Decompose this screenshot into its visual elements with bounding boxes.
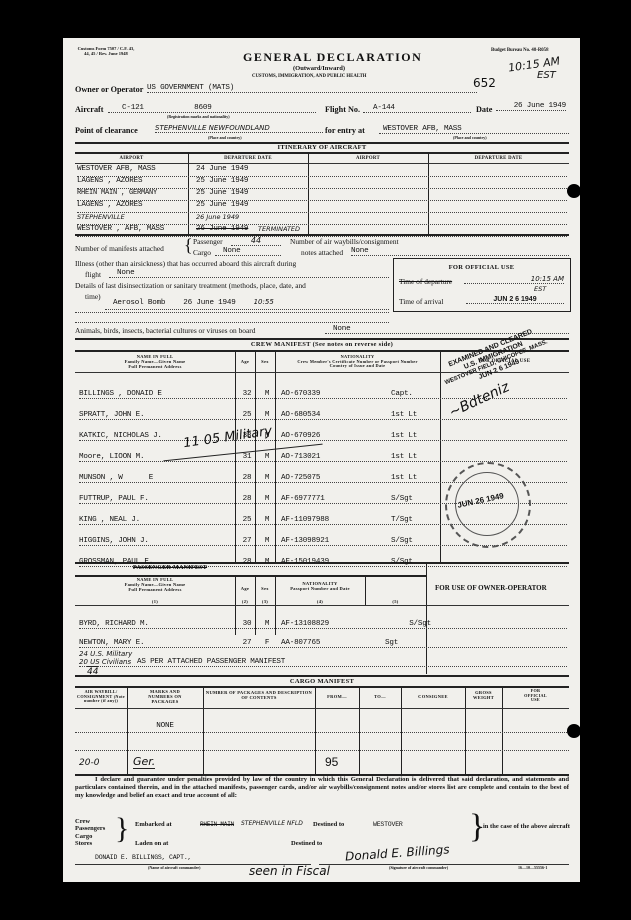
punch-hole	[567, 184, 581, 198]
passenger-header-nationality: NATIONALITY Passport Number and Date	[275, 582, 365, 592]
commander-signature: Donald E. Billings	[345, 842, 450, 863]
itinerary-date: 25 June 1949	[188, 201, 316, 212]
general-declaration-document: Customs Form 7507 / C.F. 43, 44, 45 / Re…	[63, 38, 580, 882]
cargo-table: AIR WAYBILL/ CONSIGNMENT (Note number (i…	[75, 686, 569, 776]
entry-caption: (Place and country)	[453, 136, 487, 140]
crew-rank: 1st Lt	[391, 432, 441, 440]
arrival-label: Time of arrival	[399, 297, 443, 306]
passenger-label: Passenger	[193, 237, 223, 246]
owner-operator-label: FOR USE OF OWNER-OPERATOR	[435, 584, 547, 592]
budget-bureau-number: Budget Bureau No. 48-R058	[491, 48, 548, 53]
signature-caption: (Signature of aircraft commander)	[389, 866, 448, 870]
crew-header-nationality: NATIONALITY Crew Member's Certificate Nu…	[275, 355, 440, 369]
crew-name: KING , NEAL J.	[79, 516, 237, 524]
clearance-caption: (Place and country)	[208, 136, 242, 140]
disinsect-time: 10:55	[254, 298, 274, 306]
itinerary-airport: WESTOVER , AFB, MASS	[77, 225, 188, 236]
cargo-from-value: 95	[325, 755, 338, 769]
crew-name: MUNSON , W E	[79, 474, 237, 482]
blank-line	[75, 322, 389, 323]
clearance-label: Point of clearance	[75, 126, 138, 135]
itinerary-date: 24 June 1949	[188, 165, 316, 176]
passenger-row: 24 U.S. Military 20 US Civilians AS PER …	[79, 648, 567, 667]
crew-name: SPRATT, JOHN E.	[79, 411, 237, 419]
flight-field[interactable]: A-144	[363, 104, 471, 113]
passenger-section: PASSENGER MANIFEST NAME IN FULL Family N…	[75, 562, 569, 678]
disinsect-label: Details of last disinsectization or sani…	[75, 281, 306, 290]
document-subtitle: (Outward/Inward)	[293, 65, 345, 72]
itinerary-header-date-2: DEPARTURE DATE	[428, 156, 569, 161]
illness-flight-label: flight	[85, 270, 101, 279]
cargo-header-consignee: CONSIGNEE	[401, 694, 465, 699]
departure-tz: EST	[534, 285, 546, 293]
itinerary-date: 25 June 1949	[188, 177, 316, 188]
itinerary-row: WESTOVER , AFB, MASS 26 June 1949 TERMIN…	[77, 225, 567, 237]
crew-age: 28	[237, 474, 257, 482]
handwritten-waybill: 20-0	[79, 758, 99, 768]
divider	[75, 675, 569, 677]
passenger-name: NEWTON, MARY E.	[79, 639, 237, 647]
cargo-title: CARGO MANIFEST	[75, 678, 569, 685]
crew-cert: AF-6977771	[277, 495, 391, 503]
handwritten-timezone: EST	[537, 70, 556, 81]
waybills-label: Number of air waybills/consignment	[290, 237, 399, 246]
crew-cert: AF-13098921	[277, 537, 391, 545]
crew-cert: AO-725075	[277, 474, 391, 482]
crew-table: NAME IN FULL Family Name—Given Name Full…	[75, 350, 569, 564]
operator-field[interactable]: US GOVERNMENT (MATS)	[147, 84, 477, 93]
destined-value[interactable]: WESTOVER	[373, 821, 403, 828]
cargo-header-from: FROM—	[315, 694, 359, 699]
itinerary-date: 25 June 1949	[188, 189, 316, 200]
cargo-header-marks: MARKS AND NUMBERS ON PACKAGES	[127, 690, 203, 705]
departure-label: Time of departure	[399, 277, 452, 286]
passenger-row: NEWTON, MARY E. 27 F AA-807765 Sgt	[79, 629, 567, 648]
aircraft-label: Aircraft	[75, 105, 104, 114]
passenger-title: PASSENGER MANIFEST	[75, 565, 265, 571]
cargo-header-to: TO—	[359, 694, 401, 699]
passenger-age: 27	[237, 639, 257, 647]
itinerary-airport: RHEIN MAIN , GERMANY	[77, 189, 188, 200]
passenger-rank: S/Sgt	[381, 620, 431, 628]
brace: }	[115, 814, 129, 844]
agencies: CUSTOMS, IMMIGRATION, AND PUBLIC HEALTH	[252, 74, 367, 79]
col-number: (1)	[75, 599, 235, 604]
crew-cert: AO-670926	[277, 432, 391, 440]
itinerary-date: 26 June 1949	[188, 213, 316, 224]
passenger-count[interactable]: 44	[231, 236, 281, 246]
illness-label: Illness (other than airsickness) that ha…	[75, 259, 296, 268]
departure-field[interactable]: 10:15 AM	[464, 275, 564, 284]
handwritten-civilian-count: 20 US Civilians	[79, 658, 137, 666]
category-cargo: Cargo	[75, 833, 105, 840]
passenger-header-sex: Sex	[255, 586, 275, 591]
manifests-label: Number of manifests attached	[75, 244, 164, 253]
itinerary-header-airport-2: AIRPORT	[308, 156, 428, 161]
case-note: in the case of the above aircraft	[483, 823, 573, 831]
cargo-header-packages: NUMBER OF PACKAGES AND DESCRIPTION OF CO…	[203, 691, 315, 701]
passenger-rank: Sgt	[381, 639, 425, 647]
date-label: Date	[476, 105, 492, 114]
document-title: GENERAL DECLARATION	[243, 50, 422, 65]
crew-sex: M	[257, 474, 277, 482]
flight-label: Flight No.	[325, 105, 360, 114]
divider	[75, 338, 569, 340]
cargo-marks-value: NONE	[127, 722, 203, 730]
itinerary-airport: LAGENS , AZORES	[77, 177, 188, 188]
entry-field[interactable]: WESTOVER AFB, MASS	[379, 125, 569, 134]
arrival-field[interactable]: JUN 2 6 1949	[466, 296, 564, 304]
passenger-passport: AA-807765	[277, 639, 381, 647]
destined-label: Destined to	[313, 821, 344, 828]
disinsect-field[interactable]: Aerosol Bomb 26 June 1949 10:55	[105, 291, 389, 310]
declaration-text: I declare and guarantee under penalties …	[75, 776, 569, 800]
crew-rank: 1st Lt	[391, 474, 441, 482]
crew-header-name: NAME IN FULL Family Name—Given Name Full…	[75, 355, 235, 370]
category-passengers: Passengers	[75, 825, 105, 832]
gpo-number: 16—10—55556-1	[518, 866, 547, 870]
crew-name: BILLINGS , DONAID E	[79, 390, 237, 398]
col-number: (2)	[235, 599, 255, 604]
passenger-sex: M	[257, 620, 277, 628]
handwritten-passenger-breakdown: 24 U.S. Military 20 US Civilians	[79, 650, 137, 666]
aircraft-type: C-121	[122, 104, 144, 112]
official-use-title: FOR OFFICIAL USE	[394, 264, 569, 271]
passenger-header-age: Age	[235, 586, 255, 591]
crew-rank: 1st Lt	[391, 453, 441, 461]
crew-rank: S/Sgt	[391, 495, 441, 503]
itinerary-rows: WESTOVER AFB, MASS 24 June 1949 LAGENS ,…	[77, 165, 567, 237]
col-number: (4)	[275, 599, 365, 604]
crew-name: HIGGINS, JOHN J.	[79, 537, 237, 545]
round-date-stamp: JUN 26 1949	[445, 462, 531, 548]
handwritten-military-count: 24 U.S. Military	[79, 650, 137, 658]
itinerary-date: 26 June 1949	[188, 225, 258, 236]
passenger-rows: BYRD, RICHARD M. 30 M AF-13108829 S/Sgt …	[79, 610, 567, 667]
itinerary-airport: STEPHENVILLE	[77, 213, 188, 224]
blank-line	[75, 312, 389, 313]
destined2-label: Destined to	[291, 840, 322, 847]
commander-caption: (Name of aircraft commander)	[148, 866, 200, 870]
itinerary-header-date: DEPARTURE DATE	[188, 156, 308, 161]
date-field[interactable]: 26 June 1949	[496, 102, 566, 111]
itinerary-table: AIRPORT DEPARTURE DATE AIRPORT DEPARTURE…	[75, 152, 569, 236]
official-use-box: FOR OFFICIAL USE Time of departure 10:15…	[393, 258, 571, 312]
cargo-header-waybill: AIR WAYBILL/ CONSIGNMENT (Note number (i…	[75, 690, 127, 704]
crew-age: 25	[237, 516, 257, 524]
itinerary-airport: WESTOVER AFB, MASS	[77, 165, 188, 176]
notes-count[interactable]: None	[351, 247, 569, 256]
disinsect-time-label: time)	[85, 292, 101, 301]
crew-cert: AF-11097988	[277, 516, 391, 524]
crew-sex: M	[257, 537, 277, 545]
passenger-header-name: NAME IN FULL Family Name—Given Name Full…	[75, 578, 235, 593]
reg-caption: (Registration marks and nationality)	[167, 115, 230, 119]
notes-label: notes attached	[301, 248, 343, 257]
category-stores: Stores	[75, 840, 105, 847]
declaration-categories: Crew Passengers Cargo Stores	[75, 818, 105, 848]
passenger-sex: F	[257, 639, 277, 647]
itinerary-airport: LAGENS , AZORES	[77, 201, 188, 212]
passenger-age: 30	[237, 620, 257, 628]
itinerary-header-airport: AIRPORT	[75, 156, 188, 161]
itinerary-title: ITINERARY OF AIRCRAFT	[75, 144, 569, 151]
crew-sex: M	[257, 453, 277, 461]
crew-sex: M	[257, 411, 277, 419]
passenger-name: BYRD, RICHARD M.	[79, 620, 237, 628]
itinerary-row: RHEIN MAIN , GERMANY 25 June 1949	[77, 189, 567, 201]
disinsect-method: Aerosol Bomb	[113, 299, 165, 307]
illness-field[interactable]: None	[109, 269, 389, 278]
col-number: (5)	[365, 599, 426, 604]
passenger-passport: AF-13108829	[277, 620, 381, 628]
operator-label: Owner or Operator	[75, 85, 143, 94]
crew-row: KATKIC, NICHOLAS J. 33 M AO-670926 1st L…	[79, 420, 567, 441]
itinerary-row: LAGENS , AZORES 25 June 1949	[77, 177, 567, 189]
crew-name: FUTTRUP, PAUL F.	[79, 495, 237, 503]
disinsect-date: 26 June 1949	[183, 299, 235, 307]
crew-rank: 1st Lt	[391, 411, 441, 419]
handwritten-marks: Ger.	[133, 755, 155, 769]
itinerary-note: TERMINATED	[258, 225, 300, 236]
embarked-struck: RHEIN MAIN	[200, 821, 234, 828]
crew-cert: AO-713021	[277, 453, 391, 461]
commander-name[interactable]: DONAID E. BILLINGS, CAPT.,	[95, 854, 191, 861]
entry-label: for entry at	[325, 126, 365, 135]
crew-age: 27	[237, 537, 257, 545]
aircraft-type-field[interactable]: C-121 8609	[108, 104, 316, 113]
clearance-field[interactable]: STEPHENVILLE NEWFOUNDLAND	[155, 124, 323, 133]
passenger-row: BYRD, RICHARD M. 30 M AF-13108829 S/Sgt	[79, 610, 567, 629]
crew-cert: AO-680534	[277, 411, 391, 419]
category-crew: Crew	[75, 818, 105, 825]
crew-cert: AO-670339	[277, 390, 391, 398]
embarked-value[interactable]: STEPHENVILLE NFLD	[241, 820, 303, 827]
crew-header-sex: Sex	[255, 359, 275, 364]
form-id: Customs Form 7507 / C.F. 43, 44, 45 / Re…	[75, 47, 137, 56]
aircraft-reg: 8609	[194, 104, 211, 112]
punch-hole	[567, 724, 581, 738]
itinerary-row: WESTOVER AFB, MASS 24 June 1949	[77, 165, 567, 177]
crew-rank: S/Sgt	[391, 537, 441, 545]
cargo-label: Cargo	[193, 248, 211, 257]
laden-label: Laden on at	[135, 840, 168, 847]
crew-age: 31	[237, 453, 257, 461]
crew-sex: M	[257, 516, 277, 524]
embarked-label: Embarked at	[135, 821, 172, 828]
itinerary-row: LAGENS , AZORES 25 June 1949	[77, 201, 567, 213]
crew-age: 25	[237, 411, 257, 419]
crew-sex: M	[257, 495, 277, 503]
crew-header-age: Age	[235, 359, 255, 364]
crew-sex: M	[257, 390, 277, 398]
crew-row: Moore, LIOON M. 31 M AO-713021 1st Lt	[79, 441, 567, 462]
cargo-count[interactable]: None	[215, 247, 281, 256]
crew-age: 28	[237, 495, 257, 503]
cargo-header-weight: GROSS WEIGHT	[465, 691, 502, 701]
attached-manifest-note: AS PER ATTACHED PASSENGER MANIFEST	[137, 658, 285, 666]
cargo-header-official: FOR OFFICIAL USE	[502, 689, 569, 703]
col-number: (3)	[255, 599, 275, 604]
crew-age: 32	[237, 390, 257, 398]
crew-row: SPRATT, JOHN E. 25 M AO-680534 1st Lt	[79, 399, 567, 420]
animals-label: Animals, birds, insects, bacterial cultu…	[75, 326, 255, 335]
handwritten-footer: seen in Fiscal	[249, 864, 330, 878]
itinerary-row: STEPHENVILLE 26 June 1949	[77, 213, 567, 225]
brace: {	[184, 236, 193, 254]
crew-rank: T/Sgt	[391, 516, 441, 524]
